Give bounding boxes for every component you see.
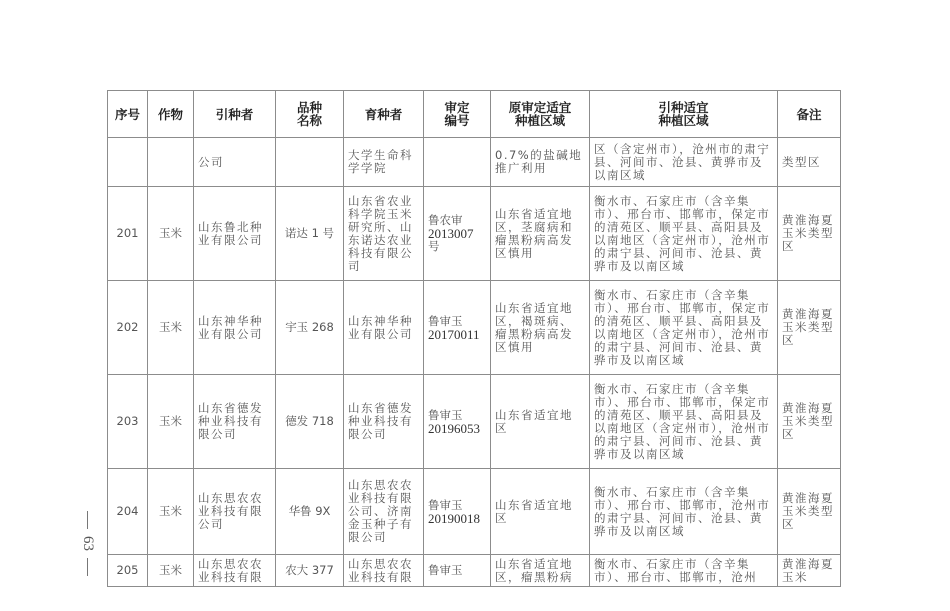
cell-crop: 玉米 xyxy=(148,375,194,469)
cell-intro-region: 区（含定州市），沧州市的肃宁县、河间市、沧县、黄骅市及以南区域 xyxy=(590,138,778,187)
cell-breeder: 山东思农农业科技有限 xyxy=(344,555,424,587)
header-seq: 序号 xyxy=(108,91,148,138)
code-suffix: 号 xyxy=(428,240,486,253)
code-prefix: 鲁审玉 xyxy=(428,409,486,422)
header-orig-region: 原审定适宜 种植区域 xyxy=(491,91,590,138)
cell-remark: 黄淮海夏玉米类型区 xyxy=(778,469,841,555)
cell-crop: 玉米 xyxy=(148,281,194,375)
cell-introducer: 山东思农农业科技有限公司 xyxy=(194,469,276,555)
cell-orig-region: 山东省适宜地区，褐斑病、瘤黑粉病高发区慎用 xyxy=(491,281,590,375)
cell-intro-region: 衡水市、石家庄市（含辛集市）、邢台市、邯郸市，保定市的清苑区、顺平县、高阳县及以… xyxy=(590,281,778,375)
cell-remark: 黄淮海夏玉米 xyxy=(778,555,841,587)
cell-breeder: 山东省德发种业科技有限公司 xyxy=(344,375,424,469)
page-number: 63 xyxy=(72,498,102,588)
cell-remark: 黄淮海夏玉米类型区 xyxy=(778,187,841,281)
cell-orig-region: 山东省适宜地区，茎腐病和瘤黑粉病高发区慎用 xyxy=(491,187,590,281)
cell-orig-region: 山东省适宜地区 xyxy=(491,469,590,555)
cell-seq: 202 xyxy=(108,281,148,375)
cell-introducer: 公司 xyxy=(194,138,276,187)
cell-introducer: 山东省德发种业科技有限公司 xyxy=(194,375,276,469)
header-code-line2: 编号 xyxy=(428,114,486,127)
table-row-continuation: 公司 大学生命科学学院 0.7%的盐碱地推广利用 区（含定州市），沧州市的肃宁县… xyxy=(108,138,841,187)
cell-breeder: 山东神华种业有限公司 xyxy=(344,281,424,375)
cell-code: 鲁审玉 xyxy=(424,555,491,587)
cell-intro-region: 衡水市、石家庄市（含辛集市）、邢台市、邯郸市，保定市的清苑区、顺平县、高阳县及以… xyxy=(590,375,778,469)
header-remark: 备注 xyxy=(778,91,841,138)
cell-introducer: 山东思农农业科技有限 xyxy=(194,555,276,587)
cell-orig-region: 山东省适宜地区 xyxy=(491,375,590,469)
cell-crop: 玉米 xyxy=(148,469,194,555)
code-prefix: 鲁审玉 xyxy=(428,564,486,577)
cell-crop: 玉米 xyxy=(148,187,194,281)
cell-seq: 205 xyxy=(108,555,148,587)
cell-breeder: 山东思农农业科技有限公司、济南金玉种子有限公司 xyxy=(344,469,424,555)
cell-orig-region: 山东省适宜地区，瘤黑粉病 xyxy=(491,555,590,587)
cell-code xyxy=(424,138,491,187)
cell-remark: 黄淮海夏玉米类型区 xyxy=(778,375,841,469)
cell-introducer: 山东神华种业有限公司 xyxy=(194,281,276,375)
cell-variety: 宇玉 268 xyxy=(276,281,344,375)
cell-code: 鲁审玉 20190018 xyxy=(424,469,491,555)
header-introducer: 引种者 xyxy=(194,91,276,138)
code-number: 20196053 xyxy=(428,422,486,435)
table-row: 201 玉米 山东鲁北种业有限公司 诺达 1 号 山东省农业科学院玉米研究所、山… xyxy=(108,187,841,281)
cell-seq: 203 xyxy=(108,375,148,469)
cell-seq: 201 xyxy=(108,187,148,281)
table-row: 203 玉米 山东省德发种业科技有限公司 德发 718 山东省德发种业科技有限公… xyxy=(108,375,841,469)
table-row: 202 玉米 山东神华种业有限公司 宇玉 268 山东神华种业有限公司 鲁审玉 … xyxy=(108,281,841,375)
cell-code: 鲁审玉 20170011 xyxy=(424,281,491,375)
page-number-dash-top xyxy=(87,511,88,529)
cell-intro-region: 衡水市、石家庄市（含辛集市）、邢台市、邯郸市，沧州 xyxy=(590,555,778,587)
header-intro-region-line2: 种植区域 xyxy=(594,114,773,127)
cell-variety: 华鲁 9X xyxy=(276,469,344,555)
cell-remark: 黄淮海夏玉米类型区 xyxy=(778,281,841,375)
table-row: 205 玉米 山东思农农业科技有限 农大 377 山东思农农业科技有限 鲁审玉 … xyxy=(108,555,841,587)
table-row: 204 玉米 山东思农农业科技有限公司 华鲁 9X 山东思农农业科技有限公司、济… xyxy=(108,469,841,555)
code-number: 20190018 xyxy=(428,512,486,525)
table-header-row: 序号 作物 引种者 品种 名称 育种者 审定 编号 原审定适宜 种植区域 引种适… xyxy=(108,91,841,138)
header-breeder: 育种者 xyxy=(344,91,424,138)
cell-crop: 玉米 xyxy=(148,555,194,587)
code-prefix: 鲁审玉 xyxy=(428,315,486,328)
header-variety-line2: 名称 xyxy=(280,114,339,127)
cell-seq xyxy=(108,138,148,187)
cell-orig-region: 0.7%的盐碱地推广利用 xyxy=(491,138,590,187)
cell-seq: 204 xyxy=(108,469,148,555)
header-code: 审定 编号 xyxy=(424,91,491,138)
cell-remark: 类型区 xyxy=(778,138,841,187)
header-intro-region: 引种适宜 种植区域 xyxy=(590,91,778,138)
cell-intro-region: 衡水市、石家庄市（含辛集市）、邢台市、邯郸市，沧州市的肃宁县、河间市、沧县、黄骅… xyxy=(590,469,778,555)
cell-breeder: 山东省农业科学院玉米研究所、山东诺达农业科技有限公司 xyxy=(344,187,424,281)
cell-code: 鲁农审 2013007 号 xyxy=(424,187,491,281)
cell-introducer: 山东鲁北种业有限公司 xyxy=(194,187,276,281)
cell-intro-region: 衡水市、石家庄市（含辛集市）、邢台市、邯郸市，保定市的清苑区、顺平县、高阳县及以… xyxy=(590,187,778,281)
code-prefix: 鲁审玉 xyxy=(428,499,486,512)
code-number: 20170011 xyxy=(428,328,486,341)
page-number-dash-bottom xyxy=(87,558,88,576)
cell-variety xyxy=(276,138,344,187)
cell-code: 鲁审玉 20196053 xyxy=(424,375,491,469)
cell-crop xyxy=(148,138,194,187)
cell-breeder: 大学生命科学学院 xyxy=(344,138,424,187)
header-crop: 作物 xyxy=(148,91,194,138)
header-orig-region-line2: 种植区域 xyxy=(495,114,585,127)
page-number-text: 63 xyxy=(79,536,96,551)
cell-variety: 诺达 1 号 xyxy=(276,187,344,281)
cell-variety: 农大 377 xyxy=(276,555,344,587)
variety-introduction-table: 序号 作物 引种者 品种 名称 育种者 审定 编号 原审定适宜 种植区域 引种适… xyxy=(107,90,841,587)
header-variety: 品种 名称 xyxy=(276,91,344,138)
cell-variety: 德发 718 xyxy=(276,375,344,469)
